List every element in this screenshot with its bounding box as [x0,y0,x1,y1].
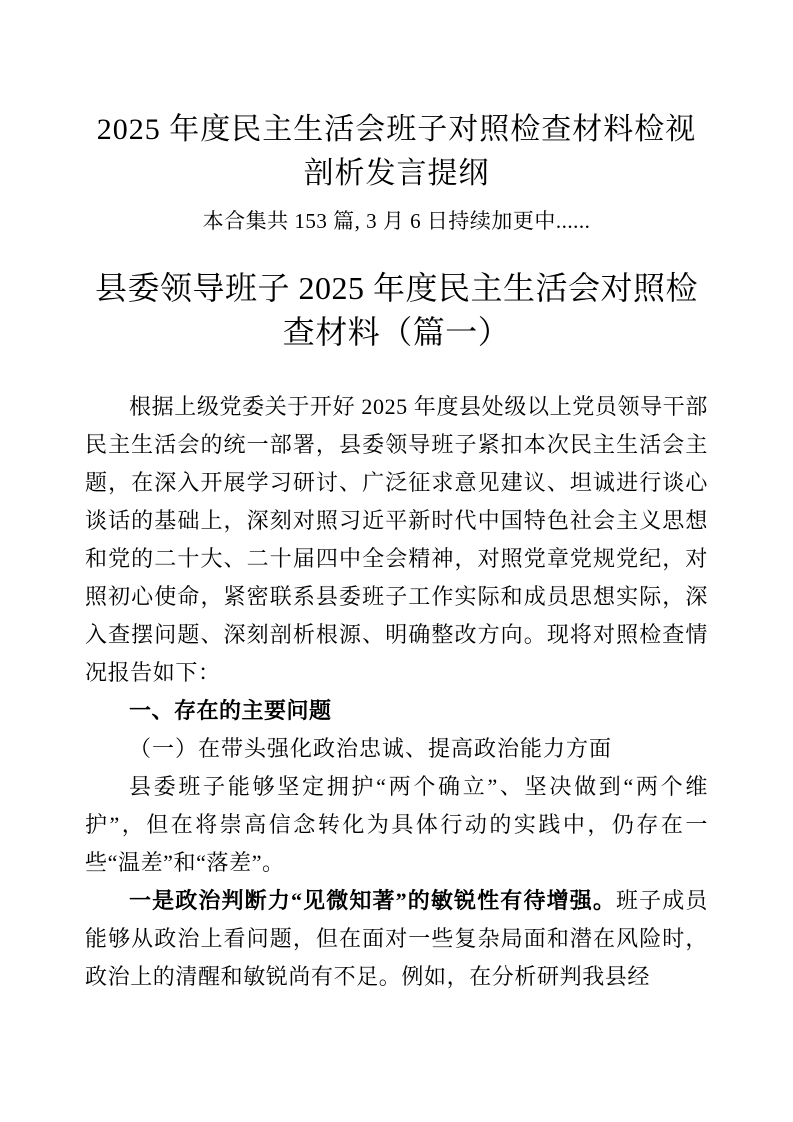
subsection-heading-political-loyalty: （一）在带头强化政治忠诚、提高政治能力方面 [85,730,708,768]
paragraph-political-loyalty: 县委班子能够坚定拥护“两个确立”、坚决做到“两个维护”，但在将崇高信念转化为具体… [85,768,708,882]
document-page: 2025 年度民主生活会班子对照检查材料检视剖析发言提纲 本合集共 153 篇,… [0,0,793,1122]
paragraph-political-judgment: 一是政治判断力“见微知著”的敏锐性有待增强。班子成员能够从政治上看问题，但在面对… [85,882,708,996]
section-heading-main-problems: 一、存在的主要问题 [85,692,708,730]
paragraph-bold-lead: 一是政治判断力“见微知著”的敏锐性有待增强。 [129,888,616,913]
intro-paragraph: 根据上级党委关于开好 2025 年度县处级以上党员领导干部民主生活会的统一部署，… [85,388,708,692]
document-title: 2025 年度民主生活会班子对照检查材料检视剖析发言提纲 [85,108,708,196]
article-title: 县委领导班子 2025 年度民主生活会对照检查材料（篇一） [85,266,708,354]
document-subtitle: 本合集共 153 篇, 3 月 6 日持续加更中...... [85,204,708,238]
article-body: 根据上级党委关于开好 2025 年度县处级以上党员领导干部民主生活会的统一部署，… [85,388,708,996]
